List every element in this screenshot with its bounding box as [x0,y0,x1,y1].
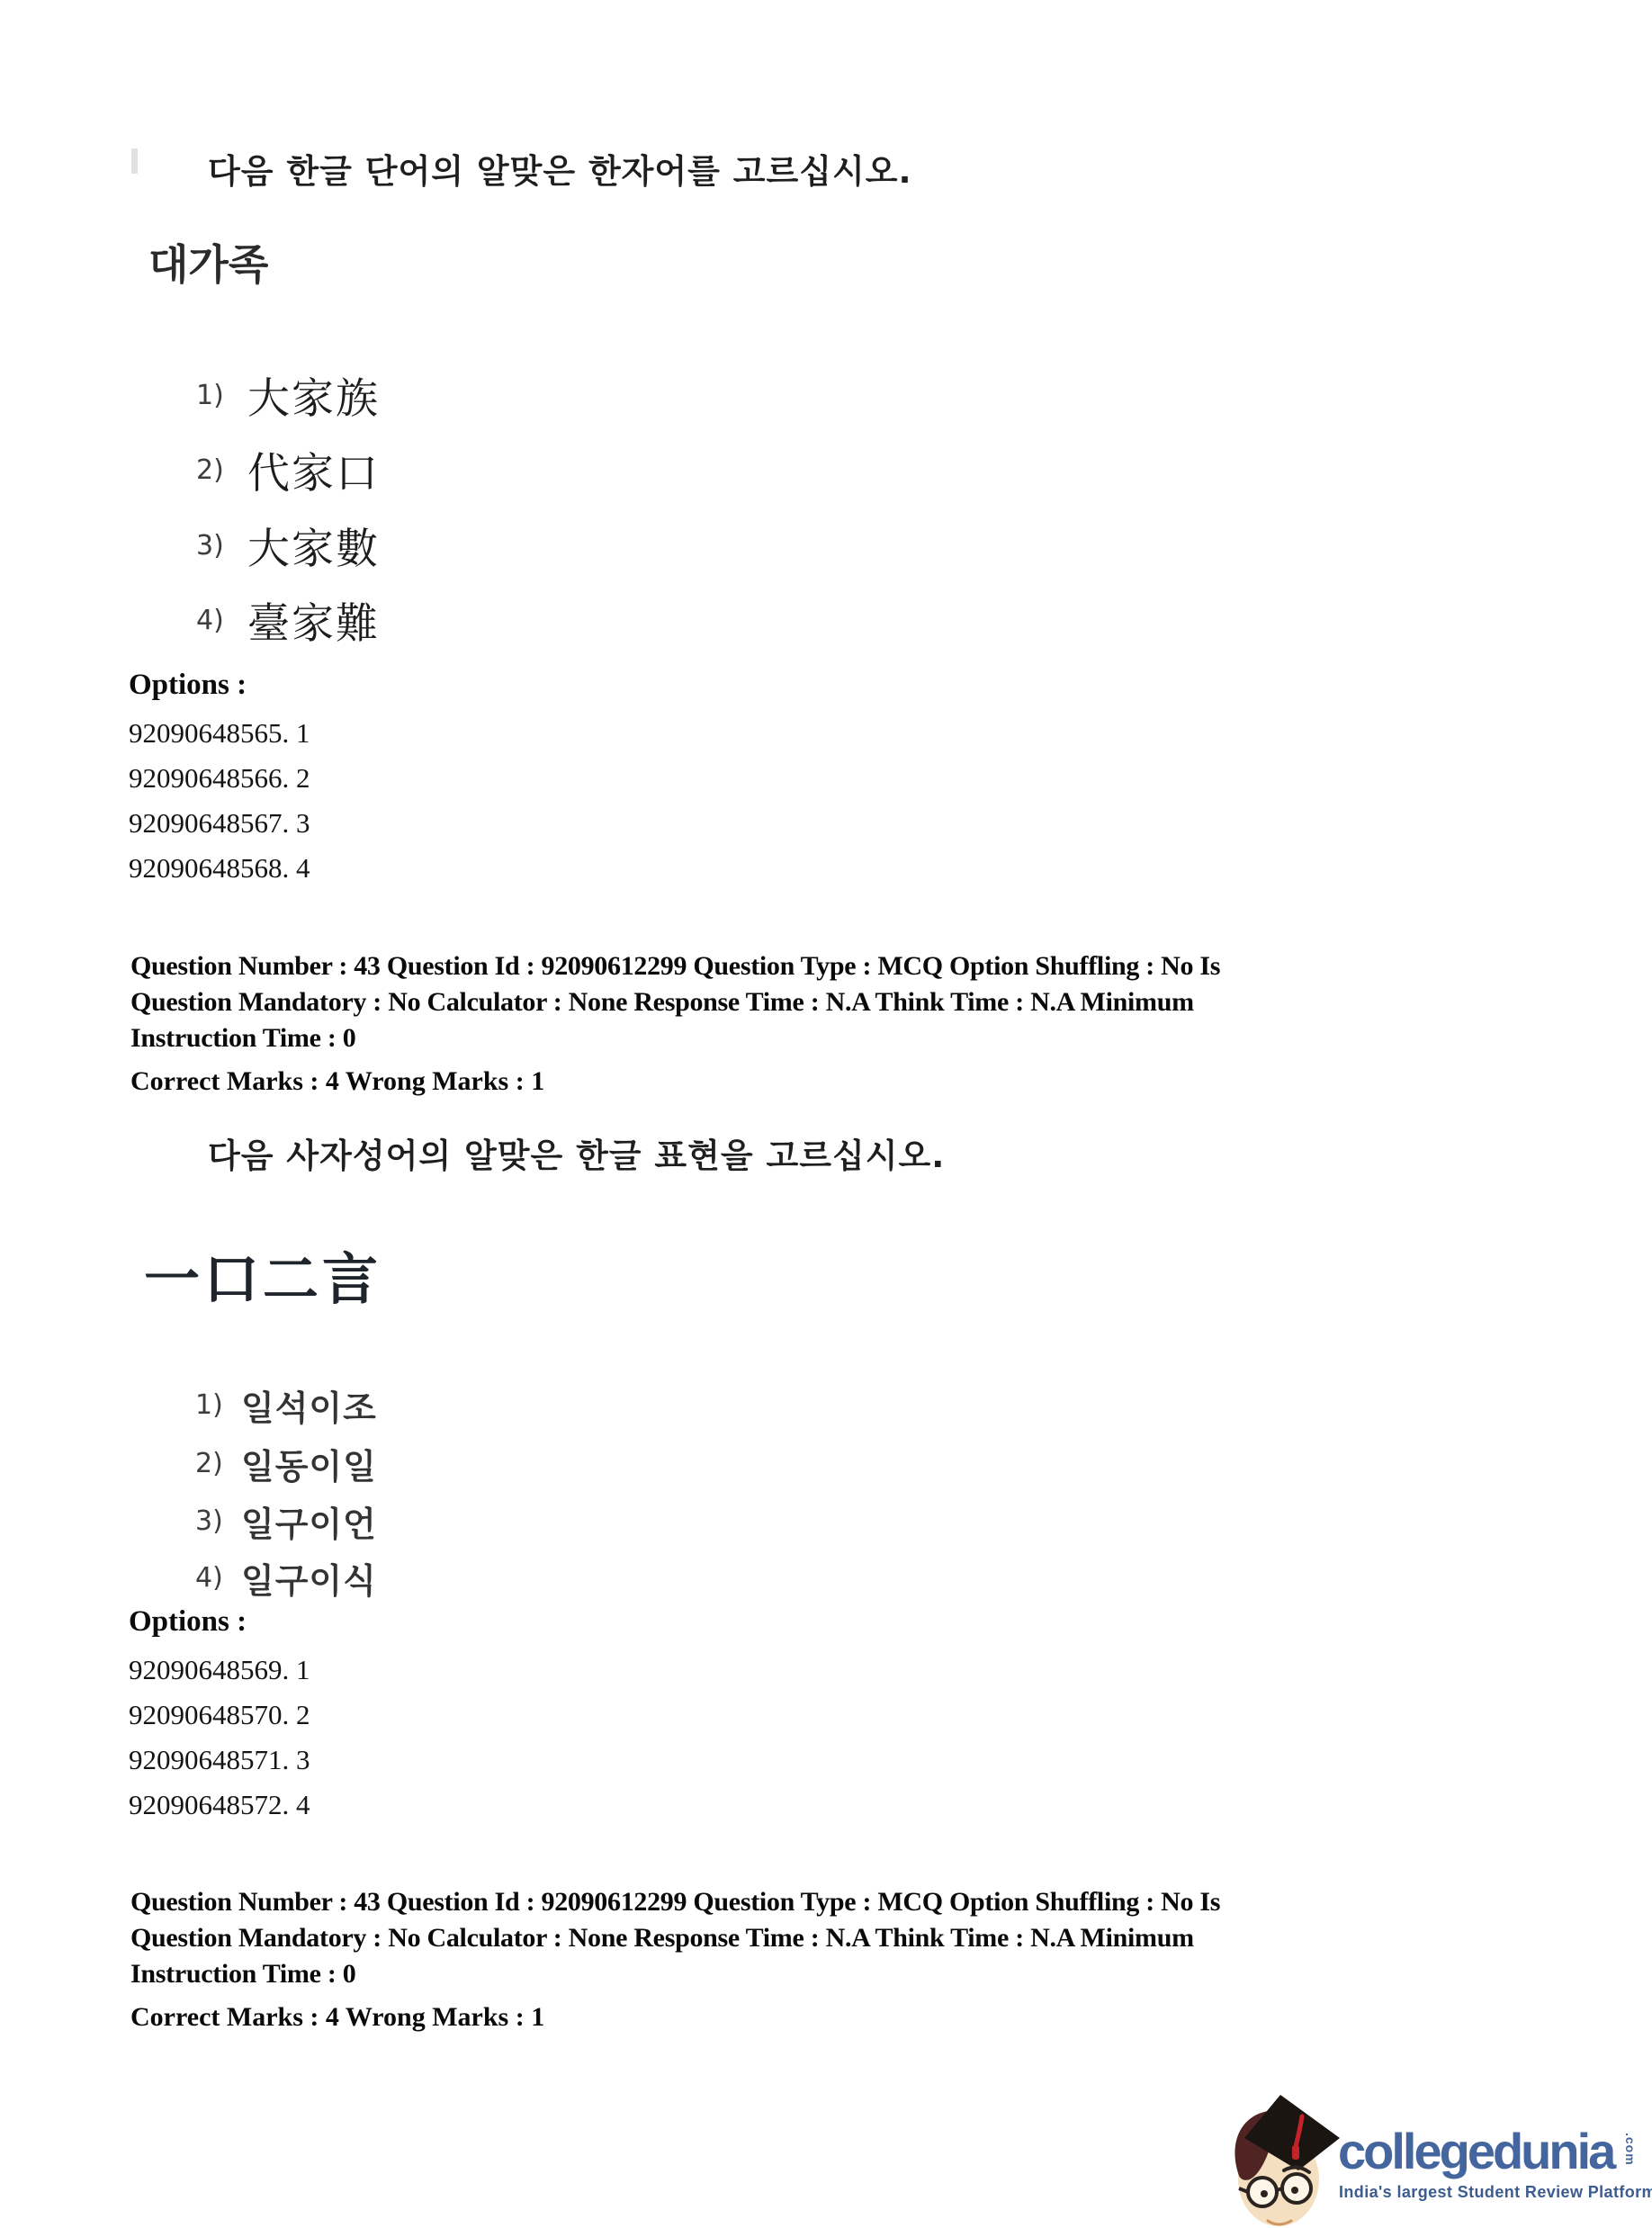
choice-text: 일동이일 [241,1439,377,1488]
options-heading: Options : [129,1605,310,1639]
choice-marker: 2) [195,1448,241,1479]
option-id-line: 92090648565. 1 [129,711,310,756]
question-stem: 대가족 [148,232,268,292]
question-meta-line: Question Mandatory : No Calculator : Non… [130,1920,1498,1956]
option-id-line: 92090648566. 2 [129,756,310,801]
option-id-line: 92090648569. 1 [129,1648,310,1693]
choice-text: 代家口 [247,440,380,500]
question-instruction: 다음 사자성어의 알맞은 한글 표현을 고르십시오. [208,1128,945,1177]
choice-row: 4) 일구이식 [195,1553,377,1603]
question-meta-line: Question Number : 43 Question Id : 92090… [130,1884,1498,1920]
question-meta-block: Question Number : 43 Question Id : 92090… [130,948,1498,1056]
exam-document-page: 다음 한글 단어의 알맞은 한자어를 고르십시오. 대가족 1) 大家族 2) … [0,0,1652,2228]
choice-text: 大家族 [247,365,380,426]
question-meta-block: Question Number : 43 Question Id : 92090… [130,1884,1498,1992]
question-meta-line: Instruction Time : 0 [130,1956,1498,1992]
brand-wordmark: collegedunia [1338,2122,1613,2180]
brand-tagline: India's largest Student Review Platform [1339,2183,1652,2202]
brand-domain-suffix: .com [1623,2133,1638,2166]
collegedunia-mascot-icon [1226,2093,1345,2228]
choice-row: 3) 일구이언 [195,1496,377,1546]
question-meta-line: Question Mandatory : No Calculator : Non… [130,984,1498,1020]
option-id-line: 92090648570. 2 [129,1693,310,1738]
choice-row: 2) 일동이일 [195,1439,377,1488]
options-block: Options : 92090648569. 1 92090648570. 2 … [129,1605,310,1828]
choice-marker: 2) [196,454,247,486]
question-meta-line: Question Number : 43 Question Id : 92090… [130,948,1498,984]
choice-text: 臺家難 [247,590,380,651]
choice-text: 일구이식 [241,1553,377,1603]
collegedunia-logo: collegedunia .com India's largest Studen… [1219,2086,1642,2228]
choice-row: 2) 代家口 [196,440,380,500]
choice-row: 1) 일석이조 [195,1380,377,1430]
choice-marker: 3) [195,1505,241,1537]
choice-marker: 4) [196,605,247,636]
option-id-line: 92090648572. 4 [129,1783,310,1828]
marks-line: Correct Marks : 4 Wrong Marks : 1 [130,1066,544,1097]
options-heading: Options : [129,669,310,702]
choice-marker: 3) [196,530,247,561]
choice-marker: 1) [196,380,247,411]
question-instruction: 다음 한글 단어의 알맞은 한자어를 고르십시오. [208,144,912,193]
choice-row: 1) 大家族 [196,365,380,426]
choice-marker: 1) [195,1389,241,1421]
scan-artifact [131,148,138,174]
option-id-line: 92090648568. 4 [129,846,310,891]
marks-line: Correct Marks : 4 Wrong Marks : 1 [130,2002,544,2033]
choice-marker: 4) [195,1562,241,1594]
choice-text: 일석이조 [241,1380,377,1430]
option-id-line: 92090648571. 3 [129,1738,310,1783]
options-block: Options : 92090648565. 1 92090648566. 2 … [129,669,310,891]
question-meta-line: Instruction Time : 0 [130,1020,1498,1056]
option-id-line: 92090648567. 3 [129,801,310,846]
choice-row: 3) 大家數 [196,516,380,576]
choice-row: 4) 臺家難 [196,590,380,651]
choice-text: 大家數 [247,516,380,576]
choice-text: 일구이언 [241,1496,377,1546]
question-stem: 一口二言 [144,1235,382,1315]
